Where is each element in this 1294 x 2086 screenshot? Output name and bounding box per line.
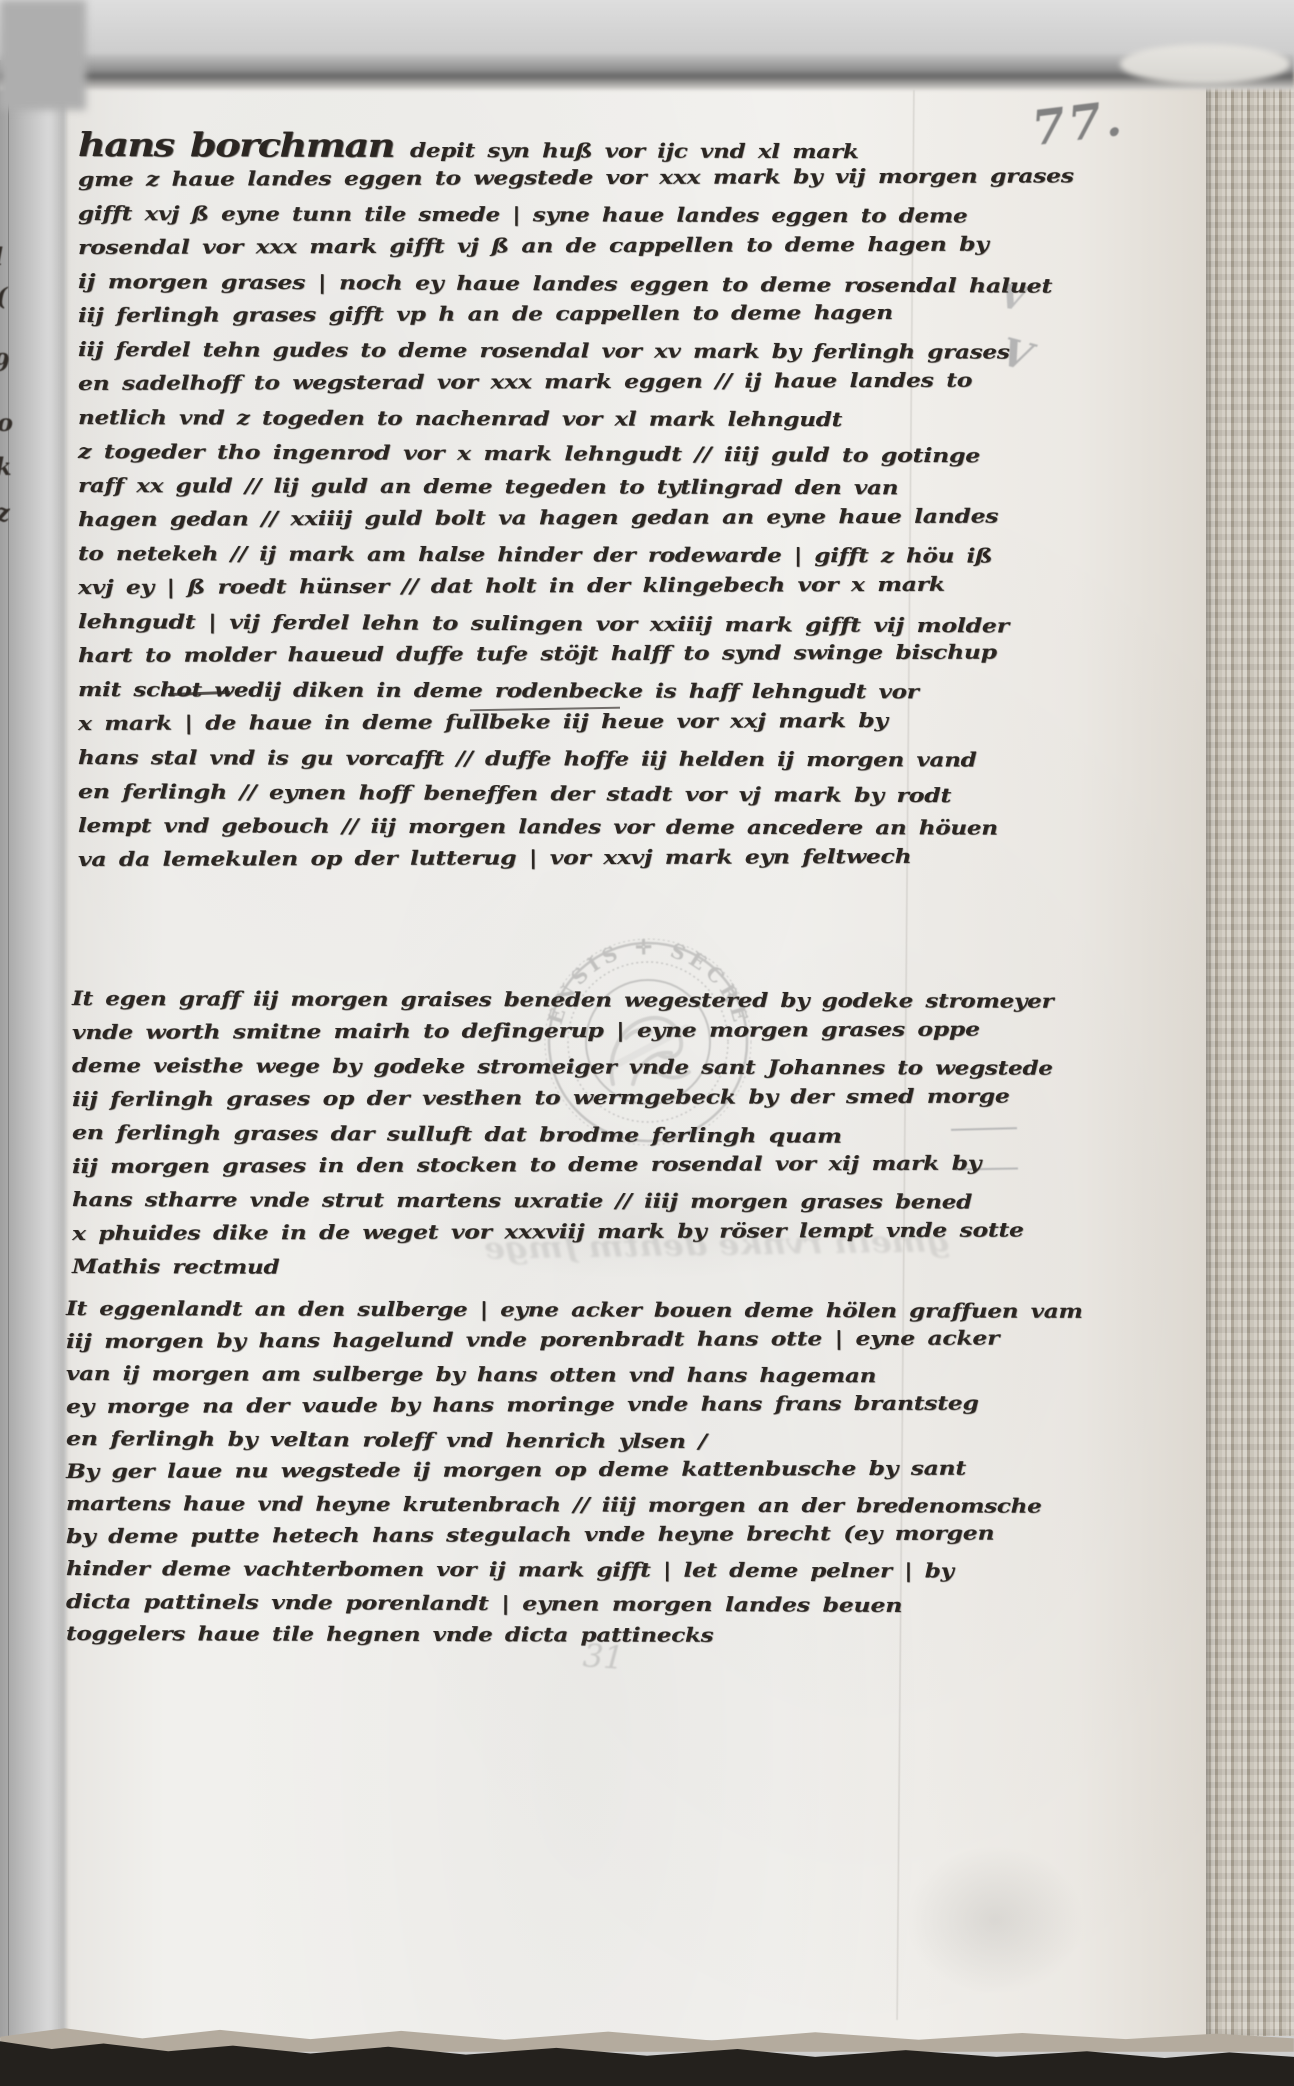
manuscript-line: x phuides dike in de weget vor xxxviij m… — [72, 1212, 1195, 1250]
manuscript-line: hart to molder haueud duffe tufe stöjt h… — [78, 634, 1201, 672]
manuscript-line: gme z haue landes eggen to wegstede vor … — [78, 158, 1201, 196]
opposite-page-ink-fragment: ( — [0, 282, 7, 311]
top-left-shadow — [0, 0, 86, 110]
manuscript-line: iij morgen grases in den stocken to deme… — [72, 1145, 1195, 1183]
ledger-entry-block: It eggenlandt an den sulberge | eyne ack… — [66, 1292, 1036, 1650]
opposite-page-ink-fragment: l — [0, 242, 3, 271]
manuscript-line: en ferlingh // eynen hoff beneffen der s… — [78, 774, 1211, 813]
opposite-page-ink-fragment: z — [0, 498, 10, 527]
manuscript-line: iij ferlingh grases op der vesthen to we… — [72, 1078, 1195, 1116]
manuscript-line: en sadelhoff to wegsterad vor xxx mark e… — [78, 362, 1201, 400]
manuscript-line: z togeder tho ingenrod vor x mark lehngu… — [78, 434, 1211, 473]
opposite-page-ink-fragment: k — [0, 452, 12, 481]
opposite-page-ink-fragment: o — [0, 408, 13, 437]
ink-bleedthrough-smudge — [905, 1845, 1085, 1995]
manuscript-line: vnde worth smitne mairh to defingerup | … — [72, 1011, 1195, 1049]
manuscript-line: iij morgen by hans hagelund vnde porenbr… — [66, 1320, 1201, 1357]
opposite-page-ink-fragment: 9 — [0, 348, 10, 377]
book-gutter: l ( 9 o k z — [0, 60, 66, 2038]
manuscript-line: hans stal vnd is gu vorcafft // duffe ho… — [78, 740, 1182, 777]
manuscript-line: va da lemekulen op der lutterug | vor xx… — [78, 838, 1201, 876]
book-top-page-edges — [0, 54, 1294, 90]
manuscript-line — [78, 876, 1182, 913]
manuscript-page-scan: l ( 9 o k z gmeln rvnke dehtm ſmge 31 EN… — [0, 0, 1294, 2086]
manuscript-line: ey morge na der vaude by hans moringe vn… — [66, 1385, 1201, 1422]
scanner-top-band — [0, 0, 1294, 60]
manuscript-line: rosendal vor xxx mark gifft vj ß an de c… — [78, 226, 1201, 264]
top-right-page-edge — [1120, 44, 1290, 84]
manuscript-line: by deme putte hetech hans stegulach vnde… — [66, 1515, 1201, 1552]
manuscript-line: hagen gedan // xxiiij guld bolt va hagen… — [78, 498, 1201, 536]
manuscript-line: iij ferlingh grases gifft vp h an de cap… — [78, 294, 1201, 332]
manuscript-line: x mark | de haue in deme fullbeke iij he… — [78, 702, 1201, 740]
entry-heading: hans borchman — [78, 125, 394, 165]
manuscript-line: By ger laue nu wegstede ij morgen op dem… — [66, 1450, 1201, 1487]
ledger-entry-block: It egen graff iij morgen graises beneden… — [72, 982, 1032, 1284]
manuscript-line: toggelers haue tile hegnen vnde dicta pa… — [66, 1617, 1182, 1653]
book-fore-edge — [1206, 72, 1294, 2036]
ledger-entry-block: hans borchmandepit syn huß vor ijc vnd x… — [78, 128, 1038, 910]
manuscript-line: hinder deme vachterbomen vor ij mark gif… — [66, 1552, 1182, 1588]
manuscript-line: netlich vnd z togeden to nachenrad vor x… — [78, 400, 1182, 437]
manuscript-line: xvj ey | ß roedt hünser // dat holt in d… — [78, 566, 1201, 604]
manuscript-line: Mathis rectmud — [72, 1250, 1176, 1287]
